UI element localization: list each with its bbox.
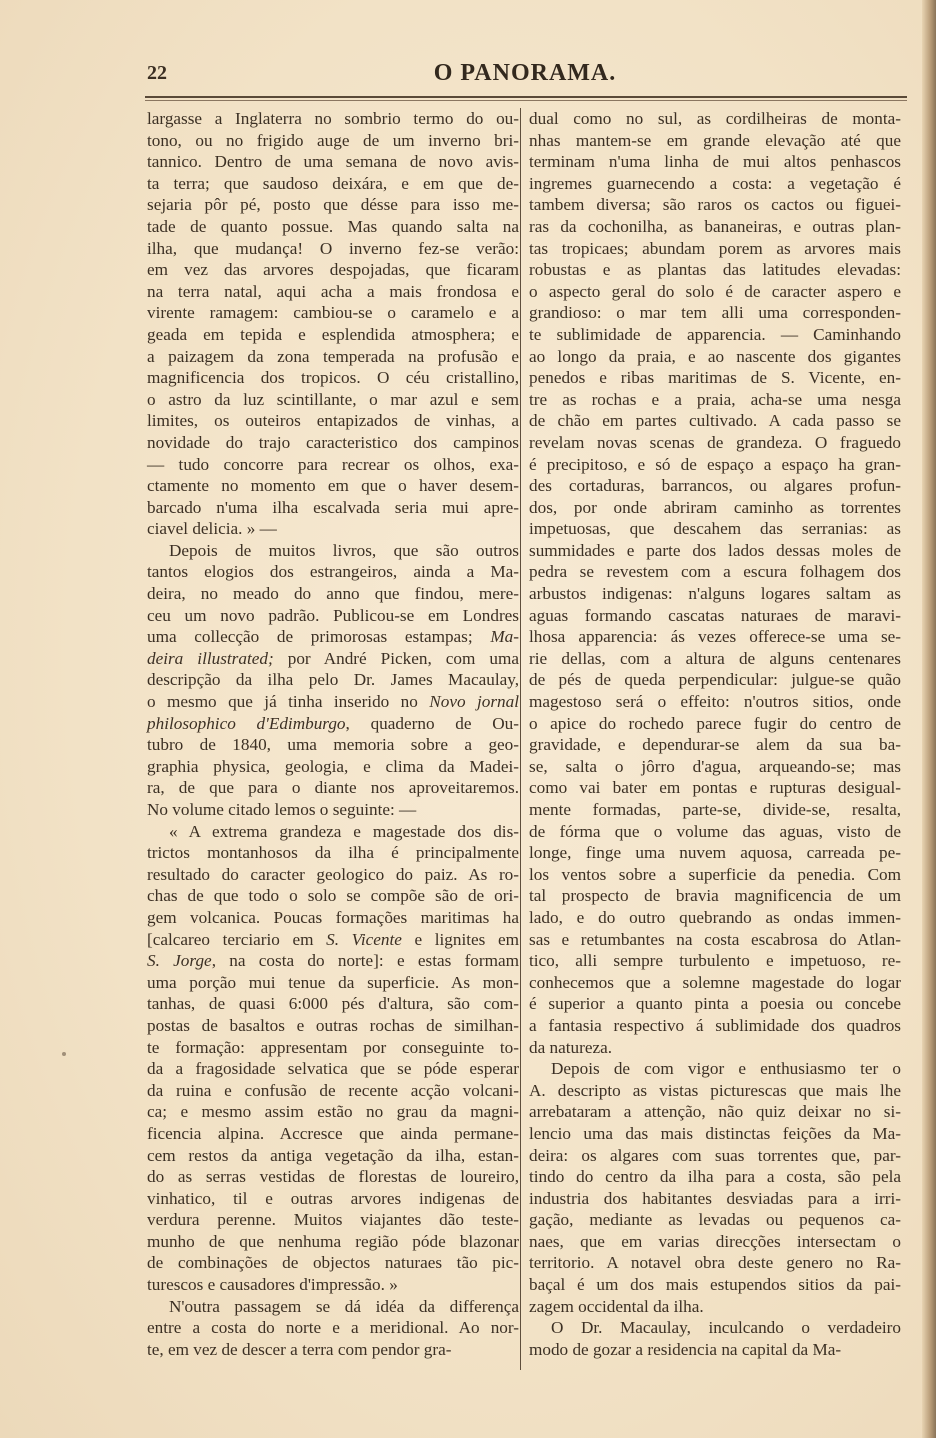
text-line: postas de basaltos e outras rochas de si… bbox=[147, 1015, 519, 1037]
page-edge-shadow bbox=[922, 0, 936, 1438]
journal-title: O PANORAMA. bbox=[145, 60, 905, 87]
text-line: barcado n'uma ilha escalvada seria mui a… bbox=[147, 497, 519, 519]
text-line: pedra se revestem com a escura folhagem … bbox=[529, 561, 901, 583]
text-line: de pés de queda perpendicular: julgue-se… bbox=[529, 669, 901, 691]
text-line: ta terra; que saudoso deixára, e em que … bbox=[147, 173, 519, 195]
text-line: o mesmo que já tinha inserido no Novo jo… bbox=[147, 691, 519, 713]
text-line: de combinações de objectos naturaes tão … bbox=[147, 1252, 519, 1274]
text-line: tade de quanto possue. Mas quando salta … bbox=[147, 216, 519, 238]
left-column: largasse a Inglaterra no sombrio termo d… bbox=[147, 108, 519, 1360]
text-line: resultado do caracter geologico do paiz.… bbox=[147, 864, 519, 886]
text-line: deira: os algares com suas torrentes que… bbox=[529, 1145, 901, 1167]
text-line: dual como no sul, as cordilheiras de mon… bbox=[529, 108, 901, 130]
text-line: tanhas, de quasi 6:000 pés d'altura, são… bbox=[147, 993, 519, 1015]
text-line: ca; e mesmo assim estão no grau da magni… bbox=[147, 1101, 519, 1123]
text-line: é precipitoso, e só de espaço a espaço h… bbox=[529, 454, 901, 476]
text-line: longe, finge uma nuvem aquosa, carreada … bbox=[529, 842, 901, 864]
text-line: ingremes guarnecendo a costa: a vegetaçã… bbox=[529, 173, 901, 195]
text-line: vinhatico, til e outras arvores indigena… bbox=[147, 1188, 519, 1210]
text-line: uma collecção de primorosas estampas; Ma… bbox=[147, 626, 519, 648]
text-line: mente formadas, parte-se, divide-se, res… bbox=[529, 799, 901, 821]
text-line: geada em tepida e esplendida atmosphera;… bbox=[147, 324, 519, 346]
text-line: tono, ou no frigido auge de um inverno b… bbox=[147, 130, 519, 152]
right-column: dual como no sul, as cordilheiras de mon… bbox=[529, 108, 901, 1360]
text-line: ra, de que para o diante nos aproveitare… bbox=[147, 777, 519, 799]
text-line: te, em vez de descer a terra com pendor … bbox=[147, 1339, 519, 1361]
text-line: nhas mantem-se em grande elevação até qu… bbox=[529, 130, 901, 152]
text-line: chas de que todo o solo se compõe são de… bbox=[147, 885, 519, 907]
ink-speck bbox=[62, 1052, 66, 1056]
text-line: No volume citado lemos o seguinte: — bbox=[147, 799, 519, 821]
text-line: descripção da ilha pelo Dr. James Macaul… bbox=[147, 669, 519, 691]
text-line: O Dr. Macaulay, inculcando o verdadeiro bbox=[529, 1317, 901, 1339]
running-header: 22 O PANORAMA. bbox=[145, 58, 905, 92]
text-line: tico, alli sempre turbulento e impetuoso… bbox=[529, 950, 901, 972]
text-line: ilha, que mudança! O inverno fez-se verã… bbox=[147, 238, 519, 260]
italic-title: philosophico d'Edimburgo bbox=[147, 714, 346, 733]
text-line: o aspecto geral do solo é de caracter as… bbox=[529, 281, 901, 303]
text-line: philosophico d'Edimburgo, quaderno de Ou… bbox=[147, 713, 519, 735]
italic-title: S. Vicente bbox=[326, 930, 402, 949]
text-line: a fantasia respectivo á sublimidade dos … bbox=[529, 1015, 901, 1037]
text-line: sas e retumbantes na costa escabrosa do … bbox=[529, 929, 901, 951]
text-line: da ruina e confusão de recente acção vol… bbox=[147, 1080, 519, 1102]
text-line: revelam novas scenas de grandeza. O frag… bbox=[529, 432, 901, 454]
text-line: tre as rochas e a praia, acha-se uma nes… bbox=[529, 389, 901, 411]
text-line: largasse a Inglaterra no sombrio termo d… bbox=[147, 108, 519, 130]
text-line: — tudo concorre para recrear os olhos, e… bbox=[147, 454, 519, 476]
text-line: los ventos sobre a superficie da penedia… bbox=[529, 864, 901, 886]
text-line: zagem occidental da ilha. bbox=[529, 1296, 901, 1318]
text-line: tannico. Dentro de uma semana de novo av… bbox=[147, 151, 519, 173]
text-line: a paizagem da zona temperada na profusão… bbox=[147, 346, 519, 368]
text-line: ceu um novo padrão. Publicou-se em Londr… bbox=[147, 605, 519, 627]
text-line: ficencia alpina. Accresce que ainda perm… bbox=[147, 1123, 519, 1145]
text-line: uma porção mui tenue da superficie. As m… bbox=[147, 972, 519, 994]
text-line: de fórma que o volume das aguas, visto d… bbox=[529, 821, 901, 843]
text-line: tantos elogios dos estrangeiros, ainda a… bbox=[147, 561, 519, 583]
text-line: penedos e ribas maritimas de S. Vicente,… bbox=[529, 367, 901, 389]
text-line: ctamente no momento em que o haver desem… bbox=[147, 475, 519, 497]
text-line: magnificencia dos tropicos. O céu crista… bbox=[147, 367, 519, 389]
text-line: lhosa apparencia: ás vezes offerece-se u… bbox=[529, 626, 901, 648]
text-line: lencio uma das mais distinctas feições d… bbox=[529, 1123, 901, 1145]
italic-title: Ma- bbox=[490, 627, 519, 646]
text-line: turescos e causadores d'impressão. » bbox=[147, 1274, 519, 1296]
text-line: naes, que em varias direcções intersecta… bbox=[529, 1231, 901, 1253]
header-rule bbox=[145, 96, 907, 98]
text-line: da natureza. bbox=[529, 1037, 901, 1059]
header-rule-thin bbox=[145, 100, 907, 101]
text-line: cem restos da antiga vegetação da ilha, … bbox=[147, 1145, 519, 1167]
text-line: ras da cochonilha, as bananeiras, e outr… bbox=[529, 216, 901, 238]
text-line: novidade do trajo caracteristico dos cam… bbox=[147, 432, 519, 454]
text-line: grandioso: o mar tem alli uma correspond… bbox=[529, 302, 901, 324]
italic-title: Novo jornal bbox=[429, 692, 519, 711]
text-line: territorio. A notavel obra deste genero … bbox=[529, 1252, 901, 1274]
text-line: gação, mediante as levadas ou pequenos c… bbox=[529, 1209, 901, 1231]
text-line: « A extrema grandeza e magestade dos dis… bbox=[147, 821, 519, 843]
text-line: Depois de muitos livros, que são outros bbox=[147, 540, 519, 562]
text-line: verdura perenne. Muitos viajantes dão te… bbox=[147, 1209, 519, 1231]
text-line: de chão em partes cultivado. A cada pass… bbox=[529, 410, 901, 432]
text-line: graphia physica, geologia, e clima da Ma… bbox=[147, 756, 519, 778]
text-line: conhecemos que a solemne magestade do lo… bbox=[529, 972, 901, 994]
text-line: industria dos habitantes desviadas para … bbox=[529, 1188, 901, 1210]
text-line: o astro da luz scintillante, o mar azul … bbox=[147, 389, 519, 411]
text-line: lado, e do outro quebrando as ondas imme… bbox=[529, 907, 901, 929]
text-line: gem volcanica. Poucas formações maritima… bbox=[147, 907, 519, 929]
text-line: rie dellas, com a altura de alguns cente… bbox=[529, 648, 901, 670]
text-line: ciavel delicia. » — bbox=[147, 518, 519, 540]
text-line: da a fragosidade selvatica que se póde e… bbox=[147, 1058, 519, 1080]
text-line: sejaria pôr pé, posto que désse para iss… bbox=[147, 194, 519, 216]
text-line: arbustos indigenas: n'alguns logares sal… bbox=[529, 583, 901, 605]
text-line: é superior a quanto pinta a poesia ou co… bbox=[529, 993, 901, 1015]
text-line: tubro de 1840, uma memoria sobre a geo- bbox=[147, 734, 519, 756]
text-line: como vai bater em pontas e rupturas desi… bbox=[529, 777, 901, 799]
text-line: modo de gozar a residencia na capital da… bbox=[529, 1339, 901, 1361]
text-line: deira illustrated; por André Picken, com… bbox=[147, 648, 519, 670]
text-line: arrebataram a attenção, não quiz deixar … bbox=[529, 1101, 901, 1123]
text-line: [calcareo terciario em S. Vicente e lign… bbox=[147, 929, 519, 951]
text-line: deira, no meado do anno que findou, mere… bbox=[147, 583, 519, 605]
text-line: baçal é um dos mais estupendos sitios da… bbox=[529, 1274, 901, 1296]
text-line: o apice do rochedo parece fugir do centr… bbox=[529, 713, 901, 735]
text-line: na terra natal, aqui acha a mais frondos… bbox=[147, 281, 519, 303]
text-line: virente ramagem: cambiou-se o caramelo e… bbox=[147, 302, 519, 324]
text-line: terminam n'uma linha de mui altos penhas… bbox=[529, 151, 901, 173]
text-line: entre a costa do norte e a meridional. A… bbox=[147, 1317, 519, 1339]
text-line: te formação: appresentam por conseguinte… bbox=[147, 1037, 519, 1059]
text-line: robustas e as plantas das latitudes elev… bbox=[529, 259, 901, 281]
text-line: S. Jorge, na costa do norte]: e estas fo… bbox=[147, 950, 519, 972]
text-line: munho de que nenhuma região póde blazona… bbox=[147, 1231, 519, 1253]
text-line: dos, por onde abriram caminho as torrent… bbox=[529, 497, 901, 519]
text-line: trictos montanhosos da ilha é principalm… bbox=[147, 842, 519, 864]
text-line: tal prospecto de bravia magnificencia de… bbox=[529, 885, 901, 907]
text-line: gravidade, e dependurar-se alem da sua b… bbox=[529, 734, 901, 756]
text-line: tambem diversa; são raros os cactos ou f… bbox=[529, 194, 901, 216]
text-line: ao longo da praia, e ao nascente dos gig… bbox=[529, 346, 901, 368]
text-line: se, salta o jôrro d'agua, arqueando-se; … bbox=[529, 756, 901, 778]
text-line: summidades e parte dos lados dessas mole… bbox=[529, 540, 901, 562]
text-line: tindo do centro da ilha para a costa, sã… bbox=[529, 1166, 901, 1188]
text-line: limites, os outeiros entapizados de vinh… bbox=[147, 410, 519, 432]
italic-title: deira illustrated; bbox=[147, 649, 274, 668]
text-line: tas tropicaes; abundam porem as arvores … bbox=[529, 238, 901, 260]
text-line: do as serras vestidas de florestas de lo… bbox=[147, 1166, 519, 1188]
column-divider bbox=[520, 108, 521, 1370]
text-line: magestoso será o effeito: n'outros sitio… bbox=[529, 691, 901, 713]
text-line: impetuosas, que descahem das serranias: … bbox=[529, 518, 901, 540]
text-line: des cortaduras, barrancos, ou algares pr… bbox=[529, 475, 901, 497]
text-line: N'outra passagem se dá idéa da differenç… bbox=[147, 1296, 519, 1318]
text-line: em vez das arvores despojadas, que ficar… bbox=[147, 259, 519, 281]
text-line: Depois de com vigor e enthusiasmo ter o bbox=[529, 1058, 901, 1080]
italic-title: S. Jorge bbox=[147, 951, 212, 970]
text-line: A. descripto as vistas picturescas que m… bbox=[529, 1080, 901, 1102]
text-line: te sublimidade de apparencia. — Caminhan… bbox=[529, 324, 901, 346]
text-line: aguas formando cascatas naturaes de mara… bbox=[529, 605, 901, 627]
